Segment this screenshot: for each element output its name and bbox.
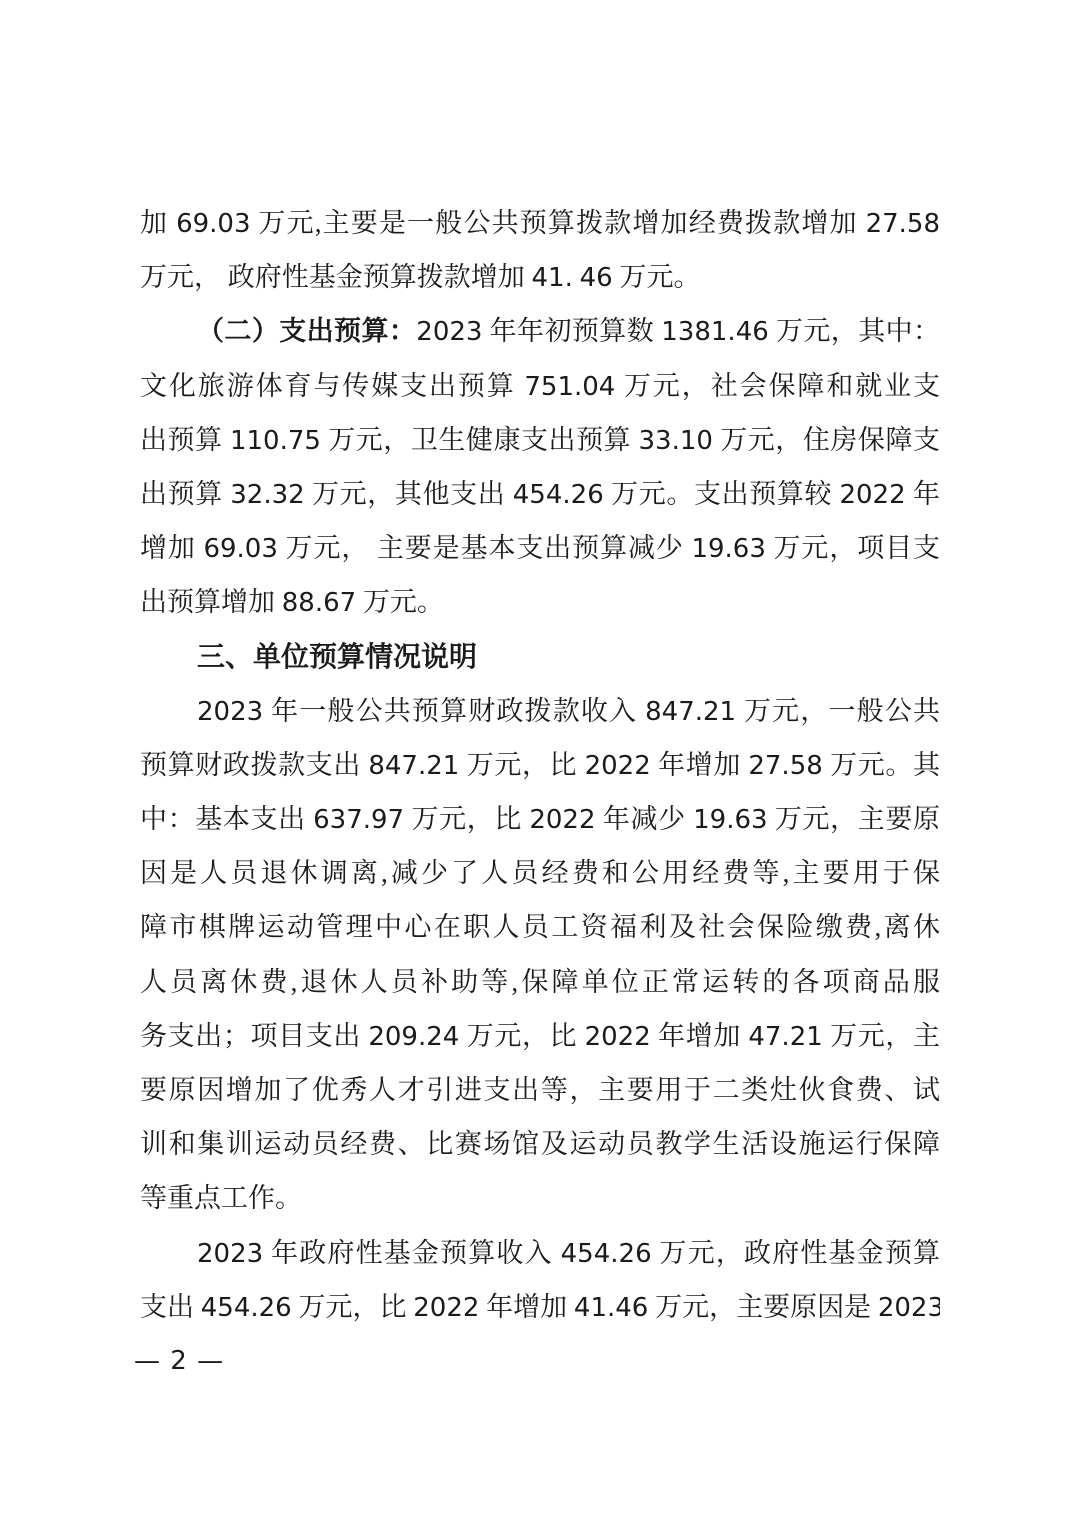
- text-segment: 文化旅游体育与传媒支出预算 751.04 万元，社会保障和就业支: [140, 371, 940, 401]
- text-segment: 要原因增加了优秀人才引进支出等，主要用于二类灶伙食费、试: [140, 1075, 940, 1105]
- numeric-value: 847.21: [368, 751, 459, 781]
- text-segment: 训和集训运动员经费、比赛场馆及运动员教学生活设施运行保障: [140, 1129, 940, 1159]
- numeric-value: 47.21: [748, 1022, 822, 1052]
- numeric-value: 46: [580, 263, 613, 293]
- text-segment: 出预算 110.75 万元，卫生健康支出预算 33.10 万元，住房保障支: [140, 425, 940, 455]
- text-segment: 务支出；项目支出 209.24 万元，比 2022 年增加 47.21 万元，主: [140, 1021, 940, 1051]
- para-general-public-budget-detail-line-7: 务支出；项目支出 209.24 万元，比 2022 年增加 47.21 万元，主: [140, 1009, 940, 1063]
- page-number: — 2 —: [134, 1346, 224, 1376]
- numeric-value: 2023: [197, 697, 263, 727]
- text-segment: 障市棋牌运动管理中心在职人员工资福利及社会保险缴费,离休: [140, 912, 940, 942]
- text-segment: 2023 年一般公共预算财政拨款收入 847.21 万元，一般公共: [197, 696, 940, 726]
- para-general-public-budget-detail-line-4: 因是人员退休调离,减少了人员经费和公用经费等,主要用于保: [140, 846, 940, 900]
- para-government-fund-budget-line-2: 支出 454.26 万元，比 2022 年增加 41.46 万元，主要原因是 2…: [140, 1280, 940, 1334]
- numeric-value: 27.58: [748, 751, 822, 781]
- numeric-value: 69.03: [176, 209, 250, 239]
- numeric-value: 2023: [878, 1293, 940, 1323]
- numeric-value: 454.26: [513, 480, 604, 510]
- bold-text-segment: （二）支出预算：: [197, 316, 416, 346]
- numeric-value: 209.24: [368, 1022, 459, 1052]
- text-segment: 出预算增加 88.67 万元。: [140, 587, 444, 617]
- text-segment: 万元， 政府性基金预算拨款增加 41. 46 万元。: [140, 262, 700, 292]
- text-segment: 2023 年年初预算数 1381.46 万元，其中：: [416, 316, 940, 346]
- heading-section-three-budget-explanation-line-1: 三、单位预算情况说明: [140, 630, 940, 684]
- numeric-value: 19.63: [691, 534, 765, 564]
- para-expenditure-budget-line-2: 文化旅游体育与传媒支出预算 751.04 万元，社会保障和就业支: [140, 359, 940, 413]
- bold-text-segment: 三、单位预算情况说明: [197, 641, 477, 672]
- numeric-value: 19.63: [693, 805, 767, 835]
- numeric-value: 32.32: [230, 480, 304, 510]
- para-general-public-budget-detail-line-5: 障市棋牌运动管理中心在职人员工资福利及社会保险缴费,离休: [140, 900, 940, 954]
- para-general-public-budget-detail-line-1: 2023 年一般公共预算财政拨款收入 847.21 万元，一般公共: [140, 684, 940, 738]
- text-segment: 等重点工作。: [140, 1183, 302, 1213]
- numeric-value: 27.58: [866, 209, 940, 239]
- para-general-public-budget-detail-line-3: 中：基本支出 637.97 万元，比 2022 年减少 19.63 万元，主要原: [140, 792, 940, 846]
- numeric-value: 2022: [585, 751, 651, 781]
- numeric-value: 2022: [413, 1293, 479, 1323]
- numeric-value: 2022: [839, 480, 905, 510]
- numeric-value: 637.97: [313, 805, 404, 835]
- numeric-value: 454.26: [561, 1239, 652, 1269]
- text-segment: 加 69.03 万元,主要是一般公共预算拨款增加经费拨款增加 27.58: [140, 208, 940, 238]
- numeric-value: 2023: [416, 317, 482, 347]
- para-general-public-budget-detail-line-10: 等重点工作。: [140, 1171, 940, 1225]
- numeric-value: 110.75: [230, 426, 321, 456]
- numeric-value: 41.46: [574, 1293, 648, 1323]
- para-expenditure-budget-line-6: 出预算增加 88.67 万元。: [140, 575, 940, 629]
- para-general-public-budget-detail-line-9: 训和集训运动员经费、比赛场馆及运动员教学生活设施运行保障: [140, 1117, 940, 1171]
- para-expenditure-budget-line-5: 增加 69.03 万元， 主要是基本支出预算减少 19.63 万元，项目支: [140, 521, 940, 575]
- numeric-value: 1381.46: [661, 317, 769, 347]
- numeric-value: 41.: [532, 263, 573, 293]
- numeric-value: 847.21: [645, 697, 736, 727]
- numeric-value: 751.04: [524, 372, 615, 402]
- text-segment: 因是人员退休调离,减少了人员经费和公用经费等,主要用于保: [140, 858, 940, 888]
- text-segment: 中：基本支出 637.97 万元，比 2022 年减少 19.63 万元，主要原: [140, 804, 940, 834]
- text-segment: 支出 454.26 万元，比 2022 年增加 41.46 万元，主要原因是 2…: [140, 1292, 940, 1322]
- para-general-public-budget-detail-line-8: 要原因增加了优秀人才引进支出等，主要用于二类灶伙食费、试: [140, 1063, 940, 1117]
- numeric-value: 33.10: [638, 426, 712, 456]
- para-general-public-budget-detail-line-6: 人员离休费,退休人员补助等,保障单位正常运转的各项商品服: [140, 955, 940, 1009]
- numeric-value: 2023: [197, 1239, 263, 1269]
- numeric-value: 454.26: [201, 1293, 292, 1323]
- text-segment: 2023 年政府性基金预算收入 454.26 万元，政府性基金预算: [197, 1238, 940, 1268]
- para-general-public-budget-detail-line-2: 预算财政拨款支出 847.21 万元，比 2022 年增加 27.58 万元。其: [140, 738, 940, 792]
- text-segment: 增加 69.03 万元， 主要是基本支出预算减少 19.63 万元，项目支: [140, 533, 940, 563]
- text-segment: 人员离休费,退休人员补助等,保障单位正常运转的各项商品服: [140, 967, 940, 997]
- para-expenditure-budget-line-1: （二）支出预算：2023 年年初预算数 1381.46 万元，其中：: [140, 304, 940, 358]
- numeric-value: 2022: [529, 805, 595, 835]
- text-segment: 出预算 32.32 万元，其他支出 454.26 万元。支出预算较 2022 年: [140, 479, 940, 509]
- para-funding-increase-carryover-line-2: 万元， 政府性基金预算拨款增加 41. 46 万元。: [140, 250, 940, 304]
- text-segment: 预算财政拨款支出 847.21 万元，比 2022 年增加 27.58 万元。其: [140, 750, 940, 780]
- numeric-value: 2022: [585, 1022, 651, 1052]
- document-text-block: 加 69.03 万元,主要是一般公共预算拨款增加经费拨款增加 27.58万元， …: [140, 196, 940, 1334]
- para-expenditure-budget-line-3: 出预算 110.75 万元，卫生健康支出预算 33.10 万元，住房保障支: [140, 413, 940, 467]
- numeric-value: 69.03: [203, 534, 277, 564]
- document-page: 加 69.03 万元,主要是一般公共预算拨款增加经费拨款增加 27.58万元， …: [0, 0, 1074, 1520]
- numeric-value: 88.67: [282, 588, 356, 618]
- para-government-fund-budget-line-1: 2023 年政府性基金预算收入 454.26 万元，政府性基金预算: [140, 1226, 940, 1280]
- para-expenditure-budget-line-4: 出预算 32.32 万元，其他支出 454.26 万元。支出预算较 2022 年: [140, 467, 940, 521]
- para-funding-increase-carryover-line-1: 加 69.03 万元,主要是一般公共预算拨款增加经费拨款增加 27.58: [140, 196, 940, 250]
